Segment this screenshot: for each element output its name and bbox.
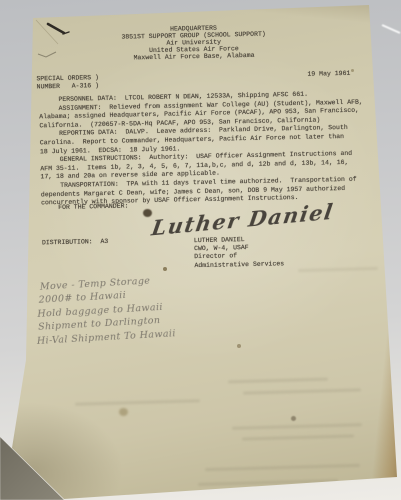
signer-title-line: Administrative Services xyxy=(194,260,284,270)
photo-background: HEADQUARTERS 3851ST SUPPORT GROUP (SCHOO… xyxy=(0,0,401,500)
signer-block: LUTHER DANIEL CWO, W-4, USAF Director of… xyxy=(194,235,284,270)
orders-number-line: NUMBER A-316 ) xyxy=(37,82,100,92)
scratch-mark xyxy=(381,24,400,34)
distribution-line: DISTRIBUTION: A3 xyxy=(42,238,108,248)
special-orders-block: SPECIAL ORDERS ) NUMBER A-316 ) xyxy=(36,74,99,92)
document-paper: HEADQUARTERS 3851ST SUPPORT GROUP (SCHOO… xyxy=(0,0,401,500)
order-date: 19 May 1961 xyxy=(307,70,350,79)
document-header: HEADQUARTERS 3851ST SUPPORT GROUP (SCHOO… xyxy=(43,22,344,64)
handwritten-notes: Move - Temp Storage 2000# to Hawaii Hold… xyxy=(36,273,177,348)
for-the-commander-line: FOR THE COMMANDER: xyxy=(58,203,128,213)
document-content: HEADQUARTERS 3851ST SUPPORT GROUP (SCHOO… xyxy=(0,0,401,500)
document-body: PERSONNEL DATA: LTCOL ROBERT N DEAN, 125… xyxy=(39,90,365,208)
